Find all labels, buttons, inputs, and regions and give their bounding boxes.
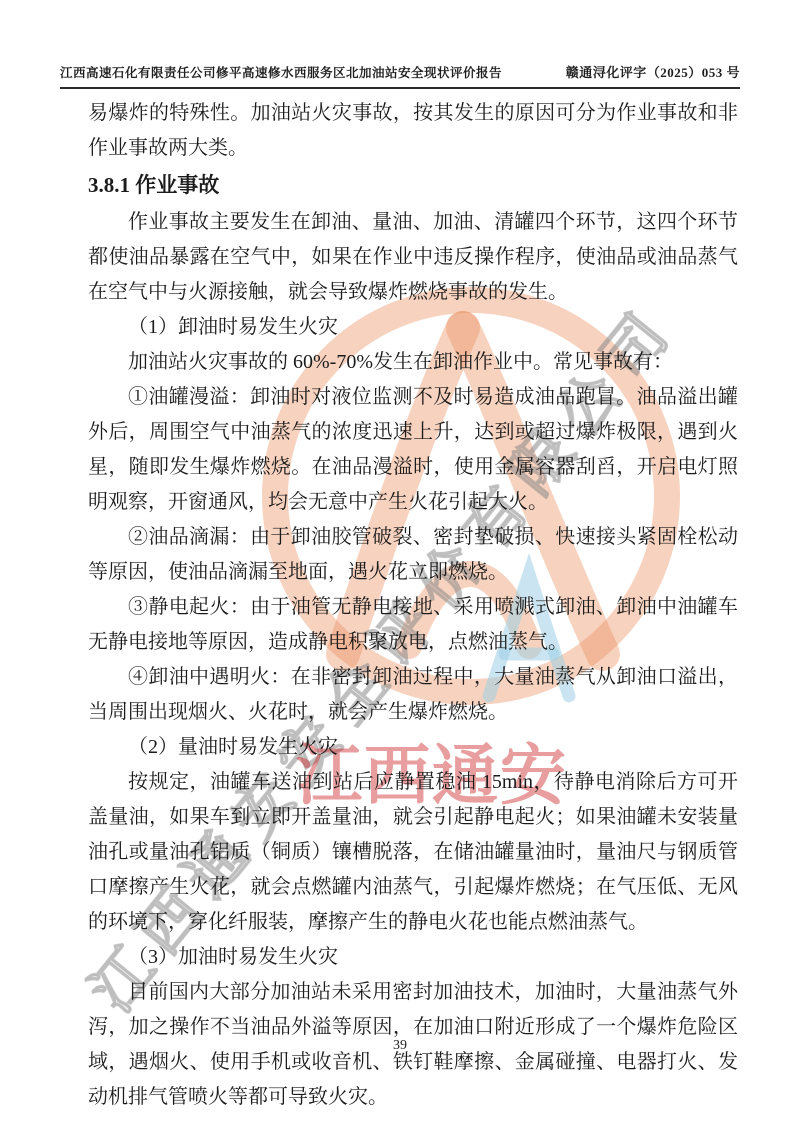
subheading-unloading-fire: （1）卸油时易发生火灾 — [88, 310, 738, 345]
document-page: 江西通安安全评价有限公司 江西通安 江西高速石化有限责任公司修平高速修水西服务区… — [0, 0, 800, 1131]
paragraph-item-3-static-fire: ③静电起火：由于油管无静电接地、采用喷溅式卸油、卸油中油罐车无静电接地等原因，造… — [88, 590, 738, 660]
section-heading-3-8-1: 3.8.1 作业事故 — [88, 168, 738, 203]
paragraph-item-2-oil-drip: ②油品滴漏：由于卸油胶管破裂、密封垫破损、快速接头紧固栓松动等原因，使油品滴漏至… — [88, 520, 738, 590]
subheading-refueling-fire: （3）加油时易发生火灾 — [88, 940, 738, 975]
paragraph-item-1-tank-overflow: ①油罐漫溢：卸油时对液位监测不及时易造成油品跑冒。油品溢出罐外后，周围空气中油蒸… — [88, 380, 738, 520]
paragraph: 按规定，油罐车送油到站后应静置稳油 15min，待静电消除后方可开盖量油，如果车… — [88, 765, 738, 940]
paragraph: 加油站火灾事故的 60%-70%发生在卸油作业中。常见事故有： — [88, 345, 738, 380]
report-body: 易爆炸的特殊性。加油站火灾事故，按其发生的原因可分为作业事故和非作业事故两大类。… — [88, 96, 738, 1115]
subheading-gauging-fire: （2）量油时易发生火灾 — [88, 730, 738, 765]
page-number: 39 — [0, 1038, 800, 1054]
document-number: 赣通浔化评字（2025）053 号 — [566, 62, 740, 81]
page-header: 江西高速石化有限责任公司修平高速修水西服务区北加油站安全现状评价报告 赣通浔化评… — [60, 62, 740, 89]
paragraph-intro-continuation: 易爆炸的特殊性。加油站火灾事故，按其发生的原因可分为作业事故和非作业事故两大类。 — [88, 96, 738, 166]
paragraph-item-4-open-flame: ④卸油中遇明火：在非密封卸油过程中，大量油蒸气从卸油口溢出，当周围出现烟火、火花… — [88, 660, 738, 730]
paragraph: 作业事故主要发生在卸油、量油、加油、清罐四个环节，这四个环节都使油品暴露在空气中… — [88, 205, 738, 310]
report-title: 江西高速石化有限责任公司修平高速修水西服务区北加油站安全现状评价报告 — [60, 63, 502, 81]
